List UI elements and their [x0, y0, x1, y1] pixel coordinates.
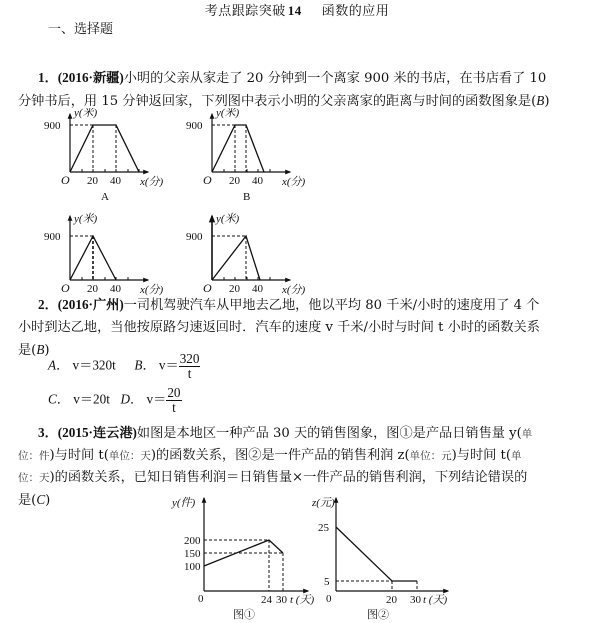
figure-2-caption: 图②: [367, 608, 389, 621]
option-b-fraction: 320t: [179, 352, 201, 381]
question-text-line1: 一司机驾驶汽车从甲地去乙地，他以平均 80 千米/小时的速度用了 4 个: [124, 298, 540, 313]
question-source: (2015·连云港): [58, 425, 137, 440]
graph-c: y(米) 900 O 20 40 x(分) C: [44, 212, 164, 298]
question-text-line4: 是(: [18, 493, 36, 508]
origin-label: O: [61, 173, 70, 187]
svg-text:25: 25: [318, 522, 330, 534]
svg-text:t (天): t (天): [423, 594, 447, 606]
graph-figure-1: y(件) 200 150 100 0 24 30 t (天) 图①: [171, 496, 314, 621]
graph-label-b: B: [243, 191, 250, 203]
graph-label-a: A: [101, 191, 109, 203]
y-tick-900: 900: [44, 120, 61, 132]
unit-text: 单: [522, 428, 533, 440]
option-b-key: B: [134, 358, 142, 373]
option-a-text: v＝320t: [73, 358, 116, 373]
question-text-line2: 分钟书后，用 15 分钟返回家，下列图中表示小明的父亲离家的距离与时间的函数图象…: [18, 94, 536, 109]
question-text-line2: 小时到达乙地，当他按原路匀速返回时．汽车的速度 v 千米/小时与时间 t 小时的…: [18, 317, 580, 339]
svg-text:0: 0: [198, 593, 204, 605]
svg-text:24: 24: [261, 594, 273, 606]
svg-text:30: 30: [276, 594, 288, 606]
svg-text:20: 20: [386, 594, 398, 606]
graph-d: y(米) 900 O 20 40 x(分) D: [186, 212, 306, 298]
x-axis-label: x(分): [139, 175, 164, 188]
option-d-prefix: v＝: [147, 392, 167, 407]
option-c-text: v＝20t: [73, 392, 110, 407]
svg-text:0: 0: [326, 593, 332, 605]
page-title: 考点跟踪突破14函数的应用: [0, 0, 594, 19]
svg-text:40: 40: [252, 175, 264, 187]
q2-options-row2: C． v＝20t D． v＝20t: [48, 386, 182, 415]
y-axis-label: y(米): [73, 108, 98, 119]
title-suffix: 函数的应用: [322, 4, 390, 19]
question-text: )的函数关系，已知日销售利润＝日销售量×一件产品的销售利润，下列结论错误的: [50, 470, 528, 485]
answer: C: [36, 492, 45, 507]
title-prefix: 考点跟踪突破: [205, 4, 286, 19]
denominator: t: [179, 367, 201, 381]
svg-text:150: 150: [184, 548, 201, 560]
svg-text:5: 5: [324, 576, 330, 588]
section-heading: 一、选择题: [48, 18, 113, 37]
svg-text:200: 200: [184, 535, 201, 547]
unit-text: 单位：天: [109, 450, 151, 462]
figure-1-caption: 图①: [233, 608, 255, 621]
svg-text:y(件): y(件): [171, 496, 196, 509]
unit-text: 位：件: [18, 450, 50, 462]
svg-text:900: 900: [186, 120, 203, 132]
svg-text:y(米): y(米): [215, 108, 240, 119]
question-text-line3: 是(: [18, 343, 36, 358]
option-c-key: C: [48, 392, 57, 407]
svg-text:900: 900: [44, 231, 61, 243]
close-paren: ): [45, 493, 50, 508]
title-number: 14: [288, 3, 302, 18]
question-text-line1: 小明的父亲从家走了 20 分钟到一个离家 900 米的书店，在书店看了 10: [124, 71, 547, 86]
question-3-graphs: y(件) 200 150 100 0 24 30 t (天) 图① z(元) 2…: [160, 492, 460, 623]
x-tick-40: 40: [110, 175, 122, 187]
question-text: )与时间 t(: [452, 448, 511, 463]
question-number: 3．: [38, 425, 58, 440]
question-1: 1．(2016·新疆)小明的父亲从家走了 20 分钟到一个离家 900 米的书店…: [18, 67, 580, 113]
question-source: (2016·广州): [58, 297, 124, 312]
svg-text:30: 30: [410, 594, 422, 606]
q2-options-row1: A． v＝320t B． v＝320t: [48, 352, 200, 381]
close-paren: ): [544, 94, 549, 109]
unit-text: 位：天: [18, 472, 50, 484]
option-d-fraction: 20t: [166, 386, 181, 415]
svg-text:O: O: [61, 281, 70, 295]
graph-a: y(米) 900 O 20 40 x(分) A: [44, 108, 164, 203]
numerator: 20: [166, 386, 181, 401]
question-text: )的函数关系，图②是一件产品的销售利润 z(: [151, 448, 410, 463]
svg-text:O: O: [203, 281, 212, 295]
option-a-key: A: [48, 358, 56, 373]
option-b-prefix: v＝: [159, 358, 179, 373]
svg-text:20: 20: [229, 175, 241, 187]
numerator: 320: [179, 352, 201, 367]
unit-text: 单: [511, 450, 522, 462]
svg-text:y(米): y(米): [215, 212, 240, 225]
question-number: 2．: [38, 297, 58, 312]
question-1-graphs: y(米) 900 O 20 40 x(分) A y(米) 900 O 20 40…: [40, 108, 320, 298]
unit-text: 单位：元: [410, 450, 452, 462]
question-number: 1．: [38, 70, 58, 85]
question-text-line1: 如图是本地区一种产品 30 天的销售图象，图①是产品日销售量 y(: [137, 426, 522, 441]
question-text: )与时间 t(: [50, 448, 109, 463]
svg-text:z(元): z(元): [311, 497, 335, 509]
svg-text:x(分): x(分): [281, 175, 306, 188]
denominator: t: [166, 401, 181, 415]
svg-text:t (天): t (天): [290, 594, 314, 606]
svg-text:y(米): y(米): [73, 212, 98, 225]
svg-text:O: O: [203, 173, 212, 187]
svg-text:100: 100: [184, 561, 201, 573]
svg-text:900: 900: [186, 231, 203, 243]
question-source: (2016·新疆): [58, 70, 124, 85]
graph-b: y(米) 900 O 20 40 x(分) B: [186, 108, 306, 203]
option-d-key: D: [121, 392, 131, 407]
x-tick-20: 20: [87, 175, 99, 187]
graph-figure-2: z(元) 25 5 0 20 30 t (天) 图②: [311, 497, 448, 621]
